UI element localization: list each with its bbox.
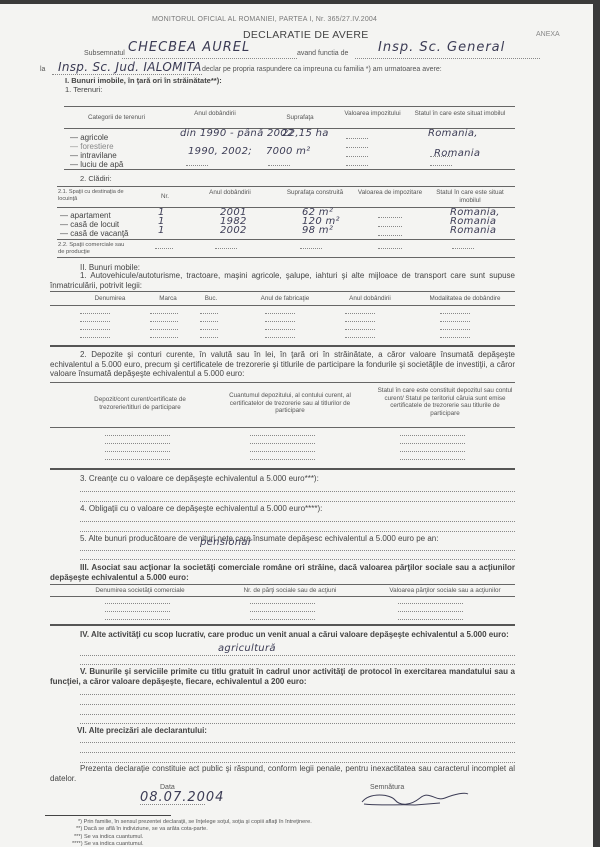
table-rule [50, 291, 515, 292]
declaration-page: MONITORUL OFICIAL AL ROMANIEI, PARTEA I,… [0, 4, 593, 847]
empty-cell-line [150, 337, 178, 338]
table-rule [64, 106, 515, 107]
terenuri-year-handwritten: 1990, 2002; [188, 146, 252, 157]
empty-cell-line [398, 603, 463, 604]
section-II-item1: 1. Autovehicule/autoturisme, tractoare, … [50, 271, 515, 290]
cladiri-area-handwritten: 98 m² [302, 225, 333, 236]
empty-cell-line [265, 329, 295, 330]
closing-statement: Prezenta declaraţie constituie act publi… [50, 764, 515, 783]
section-I-heading: I. Bunuri imobile, în ţară ori în străin… [65, 76, 222, 85]
col-header: Valoarea de impozitare [355, 189, 425, 197]
col-header: Denumirea [80, 295, 140, 303]
empty-cell-line [80, 337, 110, 338]
col-header: Suprafaţa [265, 114, 335, 122]
col-header: Depozit/cont curent/certificate de trezo… [75, 396, 205, 411]
empty-cell-line [200, 329, 218, 330]
signature-scribble [360, 788, 470, 810]
empty-cell-line [200, 313, 218, 314]
function-handwritten: Insp. Sc. General [378, 40, 505, 55]
col-header: Buc. [196, 295, 226, 303]
function-label: avand functia de [297, 50, 348, 57]
empty-cell-line [80, 313, 110, 314]
table-rule [50, 382, 515, 383]
col-header: Statul în care este situat imobilul [410, 110, 510, 118]
col-header: Nr. de părţi sociale sau de acţiuni [225, 587, 355, 595]
col-header: Statul în care este constituit depozitul… [375, 387, 515, 417]
subsemnatul-label: Subsemnatul [84, 50, 125, 57]
terenuri-row-category: — forestiere [70, 142, 114, 151]
terenuri-row-category: — agricole [70, 133, 108, 142]
empty-cell-line [105, 435, 170, 436]
table-rule [64, 169, 515, 170]
empty-cell-line [398, 611, 463, 612]
terenuri-year-handwritten: din 1990 - până 2002 [180, 128, 294, 139]
empty-cell-line [265, 321, 295, 322]
item5-handwritten: pensionar [200, 537, 252, 548]
cladiri-row-type: — casă de locuit [60, 220, 119, 229]
footnote: ****) Se va indica cuantumul. [72, 841, 144, 847]
footnote: **) Dacă se află în indiviziune, se va a… [76, 826, 208, 832]
col-header: 2.1. Spaţii cu destinaţia de locuinţă [58, 189, 128, 202]
table-rule [50, 427, 515, 428]
table-rule [50, 305, 515, 306]
table-rule [50, 345, 515, 347]
empty-cell-line [345, 321, 375, 322]
table-rule [50, 596, 515, 597]
empty-cell-line [250, 611, 315, 612]
institution-handwritten: Insp. Sc. Jud. IALOMITA [58, 60, 202, 74]
empty-cell-line [150, 329, 178, 330]
empty-cell-line [250, 619, 315, 620]
section-II-item3: 3. Creanţe cu o valoare ce depăşeşte ech… [80, 474, 319, 483]
terenuri-state-handwritten: Romania [434, 148, 480, 159]
empty-cell-line [150, 321, 178, 322]
empty-cell-line [250, 451, 315, 452]
col-header: Anul de fabricaţie [245, 295, 325, 303]
date-handwritten: 08.07.2004 [140, 790, 224, 805]
table-rule [57, 257, 515, 258]
terenuri-row-category: — intravilane [70, 151, 117, 160]
empty-cell-line [250, 459, 315, 460]
section-IV-heading: IV. Alte activităţi cu scop lucrativ, ca… [50, 630, 515, 640]
empty-cell-line [250, 435, 315, 436]
empty-cell-line [200, 321, 218, 322]
name-field-line [122, 58, 297, 59]
declaration-text: declar pe propria raspundere ca impreuna… [202, 66, 442, 73]
col-header: Modalitatea de dobândire [410, 295, 520, 303]
document-title: DECLARATIE DE AVERE [243, 29, 369, 41]
terenuri-state-handwritten: Romania, [428, 128, 478, 139]
empty-cell-line [105, 619, 170, 620]
terenuri-area-handwritten: 22,15 ha [282, 128, 329, 139]
table-rule [57, 186, 515, 187]
footnote: ***) Se va indica cuantumul. [74, 834, 143, 840]
section-II-item4: 4. Obligaţii cu o valoare ce depăşeşte e… [80, 504, 322, 513]
empty-cell-line [105, 443, 170, 444]
table-rule [57, 239, 515, 240]
empty-cell-line [440, 337, 470, 338]
col-header: Anul dobândirii [185, 110, 245, 118]
publication-header: MONITORUL OFICIAL AL ROMANIEI, PARTEA I,… [152, 16, 377, 23]
col-header: Denumirea societăţii comerciale [75, 587, 205, 595]
cladiri-state-handwritten: Romania [450, 225, 496, 236]
empty-cell-line [200, 337, 218, 338]
empty-cell-line [80, 329, 110, 330]
col-header: Cuantumul depozitului, al contului curen… [225, 392, 355, 415]
empty-cell-line [345, 313, 375, 314]
col-header: Valoarea părţilor sociale sau a acţiunil… [365, 587, 525, 595]
col-header: Marca [148, 295, 188, 303]
empty-cell-line [105, 451, 170, 452]
terenuri-heading: 1. Terenuri: [65, 85, 102, 94]
footnote-rule [45, 815, 171, 816]
cladiri-row-type: — apartament [60, 211, 111, 220]
empty-cell-line [400, 435, 465, 436]
col-header: Suprafaţa construită [285, 189, 345, 197]
empty-cell-line [250, 603, 315, 604]
section-VI-heading: VI. Alte precizări ale declarantului: [77, 726, 207, 735]
annex-label: ANEXA [536, 31, 560, 38]
section-III-heading: III. Asociat sau acţionar la societăţi c… [50, 563, 515, 582]
empty-cell-line [440, 329, 470, 330]
section-II-item5: 5. Alte bunuri producătoare de venituri … [80, 534, 438, 543]
empty-cell-line [345, 329, 375, 330]
empty-cell-line [400, 459, 465, 460]
table-rule [57, 207, 515, 208]
col-header: Nr. [150, 193, 180, 201]
table-rule [50, 624, 515, 626]
empty-cell-line [440, 313, 470, 314]
empty-cell-line [150, 313, 178, 314]
section-IV-handwritten: agricultură [218, 643, 276, 654]
empty-cell-line [80, 321, 110, 322]
empty-cell-line [105, 459, 170, 460]
empty-cell-line [105, 611, 170, 612]
empty-cell-line [440, 321, 470, 322]
name-handwritten: CHECBEA AUREL [128, 40, 250, 55]
empty-cell-line [345, 337, 375, 338]
terenuri-area-handwritten: 7000 m² [266, 146, 310, 157]
footnote: *) Prin familie, în sensul prezentei dec… [78, 819, 312, 825]
table-rule [50, 468, 515, 470]
section-II-item2: 2. Depozite şi conturi curente, în valut… [50, 350, 515, 379]
empty-cell-line [265, 337, 295, 338]
cladiri-heading: 2. Clădiri: [80, 174, 112, 183]
cladiri-row-type: — casă de vacanţă [60, 229, 128, 238]
empty-cell-line [265, 313, 295, 314]
empty-cell-line [105, 603, 170, 604]
section-V-heading: V. Bunurile şi serviciile primite cu tit… [50, 667, 515, 686]
col-header: Statul în care este situat imobilul [425, 189, 515, 204]
table-rule [50, 584, 515, 585]
terenuri-row-category: — luciu de apă [70, 160, 123, 169]
cladiri-nr-handwritten: 1 [158, 225, 165, 236]
empty-cell-line [398, 619, 463, 620]
col-header: Valoarea impozitului [335, 110, 410, 118]
commercial-spaces-label: 2.2. Spaţii comerciale sau de producţie [58, 242, 128, 255]
col-header: Anul dobândirii [335, 295, 405, 303]
empty-cell-line [400, 443, 465, 444]
col-header: Anul dobândirii [200, 189, 260, 197]
cladiri-year-handwritten: 2002 [220, 225, 247, 236]
empty-cell-line [250, 443, 315, 444]
institution-field-line [52, 74, 202, 75]
empty-cell-line [400, 451, 465, 452]
function-field-line [355, 58, 540, 59]
col-header: Categorii de terenuri [64, 114, 169, 122]
la-label: la [40, 66, 45, 73]
